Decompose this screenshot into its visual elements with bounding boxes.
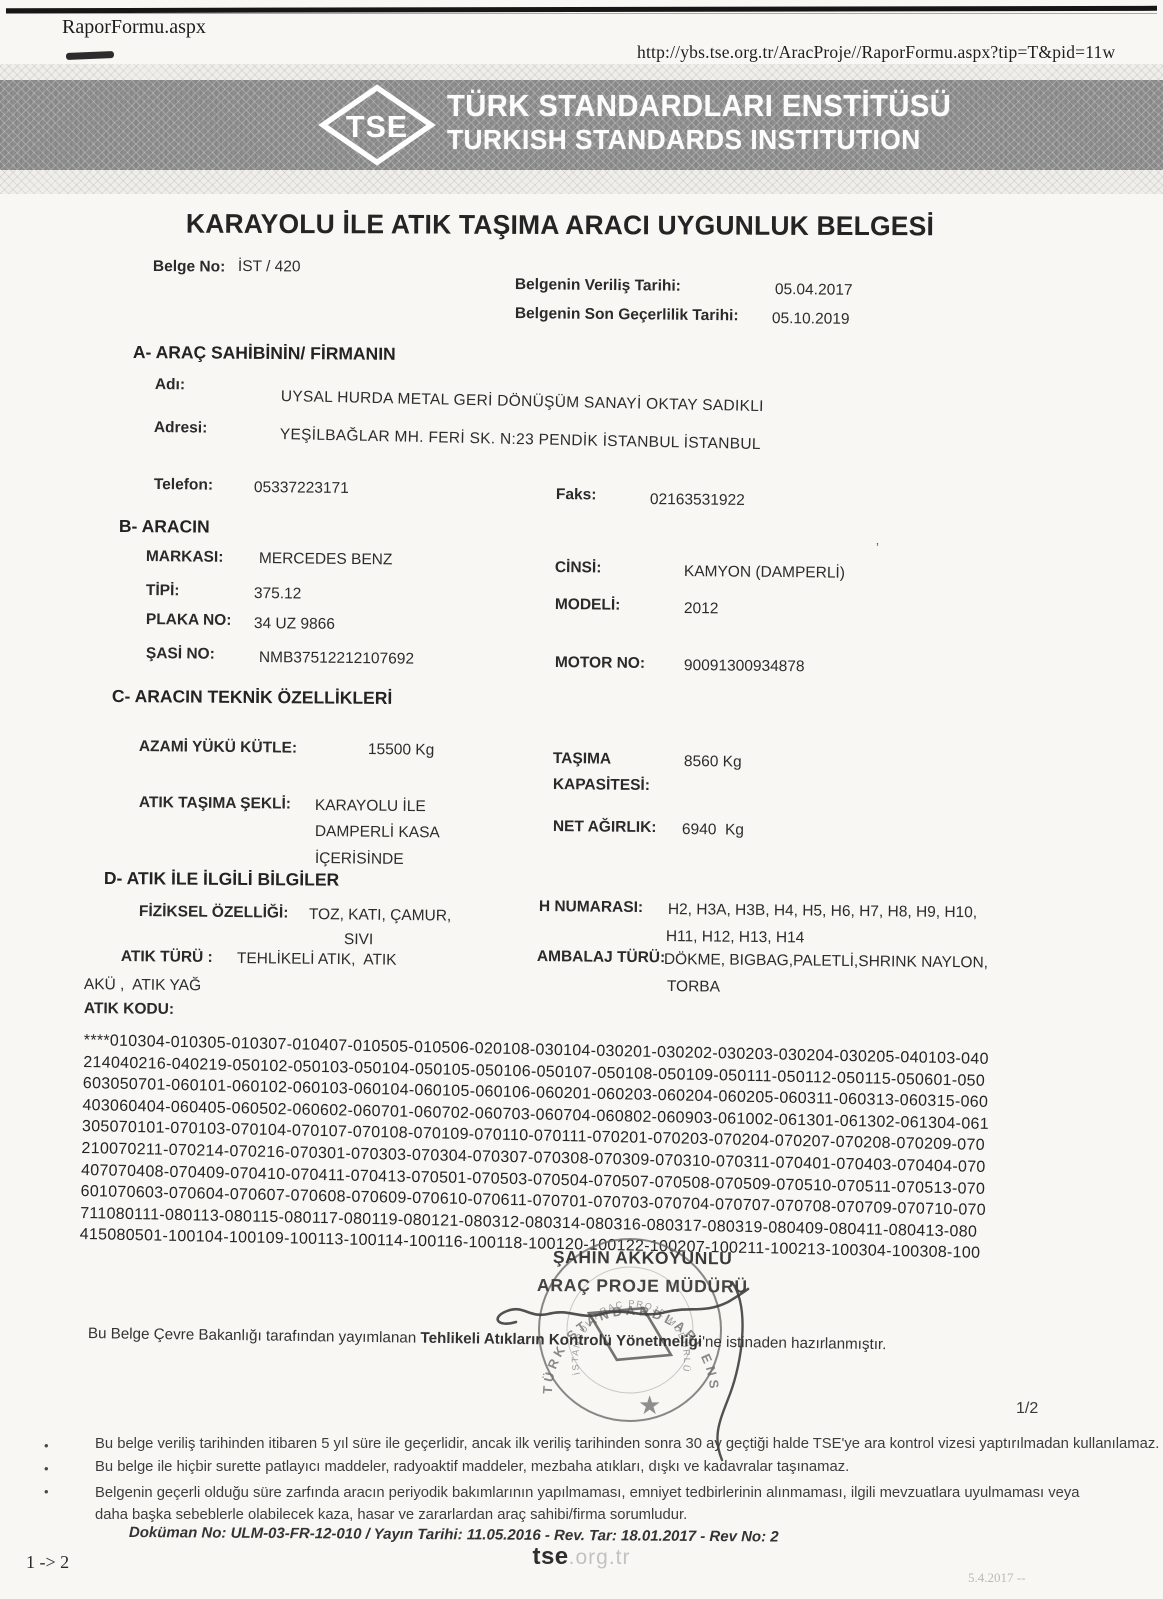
expiry-date-value: 05.10.2019 [772,310,850,329]
belge-no-value: İST / 420 [238,258,301,276]
plate-no-label: PLAKA NO: [146,611,232,630]
scan-noise-mark: ’ [876,540,879,555]
package-type-line2: TORBA [667,978,720,997]
bullet-marker: • [44,1438,49,1453]
fax-value: 02163531922 [650,491,745,510]
bullet-marker: • [44,1461,49,1476]
engine-no-label: MOTOR NO: [555,654,645,673]
type-kind-label: CİNSİ: [555,559,602,577]
signatory-name: ŞAHİN AKKOYUNLU [553,1247,733,1269]
chassis-no-label: ŞASİ NO: [146,645,215,664]
max-load-label: AZAMİ YÜKÜ KÜTLE: [139,738,297,758]
physical-property-label: FİZİKSEL ÖZELLİĞİ: [139,903,289,923]
physical-property-line1: TOZ, KATI, ÇAMUR, [309,906,452,925]
waste-type-line1: TEHLİKELİ ATIK, ATIK [237,950,397,970]
page-indicator: 1/2 [1016,1400,1038,1418]
net-weight-label: NET AĞIRLIK: [553,818,657,837]
net-weight-value: 6940 Kg [682,821,744,840]
brand-value: MERCEDES BENZ [259,550,393,569]
footnote-2: Bu belge ile hiçbir surette patlayıcı ma… [95,1459,1115,1475]
print-header-page-name: RaporFormu.aspx [62,16,206,39]
legal-basis-prefix: Bu Belge Çevre Bakanlığı tarafından yayı… [88,1325,421,1347]
waste-type-line2: AKÜ , ATIK YAĞ [84,976,201,995]
signature-tail-stroke [717,1282,742,1460]
legal-basis-regulation: Tehlikeli Atıkların Kontrolü Yönetmeliği [420,1330,702,1351]
tse-web-brand-bold: tse [532,1543,568,1570]
h-number-label: H NUMARASI: [539,898,643,917]
scanned-certificate-page: RaporFormu.aspx http://ybs.tse.org.tr/Ar… [0,0,1163,1599]
waste-code-label: ATIK KODU: [84,1000,174,1019]
physical-property-line2: SIVI [344,931,373,949]
footnote-3: Belgenin geçerli olduğu süre zarfında ar… [95,1482,1080,1526]
tse-web-brand-light: .org.tr [569,1546,631,1569]
type-kind-value: KAMYON (DAMPERLİ) [684,563,845,583]
phone-label: Telefon: [154,476,213,495]
capacity-label-line1: TAŞIMA [553,750,611,769]
transport-method-line1: KARAYOLU İLE [315,797,426,816]
stamp-star-icon: ★ [638,1391,661,1421]
expiry-date-label: Belgenin Son Geçerlilik Tarihi: [515,305,739,325]
chassis-no-value: NMB37512212107692 [259,649,414,669]
capacity-label-line2: KAPASİTESİ: [553,776,650,795]
model-year-label: MODELİ: [555,596,621,615]
print-header-url: http://ybs.tse.org.tr/AracProje//RaporFo… [637,42,1115,63]
footnote-1: Bu belge veriliş tarihinden itibaren 5 y… [95,1436,1115,1452]
h-number-line1: H2, H3A, H3B, H4, H5, H6, H7, H8, H9, H1… [668,901,977,922]
banner-title-en: TURKISH STANDARDS INSTITUTION [447,124,921,156]
package-type-label: AMBALAJ TÜRÜ: [537,948,665,967]
section-d-heading: D- ATIK İLE İLGİLİ BİLGİLER [104,868,339,891]
belge-no-label: Belge No: [153,258,225,277]
model-type-value: 375.12 [254,585,302,603]
waste-type-label: ATIK TÜRÜ : [121,948,213,967]
package-type-line1: DÖKME, BIGBAG,PALETLİ,SHRINK NAYLON, [664,951,988,972]
legal-basis-suffix: 'ne istinaden hazırlanmıştır. [702,1334,887,1354]
model-type-label: TİPİ: [146,582,180,600]
brand-label: MARKASI: [146,548,224,567]
owner-name-value: UYSAL HURDA METAL GERİ DÖNÜŞÜM SANAYİ OK… [281,388,764,416]
scan-dash-mark [66,51,114,60]
engine-no-value: 90091300934878 [684,657,805,676]
section-a-heading: A- ARAÇ SAHİBİNİN/ FİRMANIN [133,342,396,365]
document-title: KARAYOLU İLE ATIK TAŞIMA ARACI UYGUNLUK … [168,209,952,243]
plate-no-value: 34 UZ 9866 [254,615,335,634]
transport-method-line3: İÇERİSİNDE [315,850,404,869]
owner-name-label: Adı: [155,376,185,394]
section-c-heading: C- ARACIN TEKNİK ÖZELLİKLERİ [112,686,392,709]
h-number-line2: H11, H12, H13, H14 [666,928,805,947]
tse-logo: TSE [318,82,436,168]
tse-logo-letters: TSE [346,110,408,144]
model-year-value: 2012 [684,600,719,618]
tse-web-brand: tse.org.tr [0,1543,1163,1571]
bullet-marker: • [44,1484,49,1499]
section-b-heading: B- ARACIN [119,516,210,538]
scan-edge-line-2 [6,13,1157,14]
transport-method-line2: DAMPERLİ KASA [315,823,440,842]
phone-value: 05337223171 [254,479,349,498]
issue-date-value: 05.04.2017 [775,281,853,300]
issue-date-label: Belgenin Veriliş Tarihi: [515,276,681,296]
print-timestamp-partial: 5.4.2017 -- [968,1570,1025,1586]
address-label: Adresi: [154,419,208,438]
address-value: YEŞİLBAĞLAR MH. FERİ SK. N:23 PENDİK İST… [280,426,761,454]
capacity-value: 8560 Kg [684,753,742,772]
transport-method-label: ATIK TAŞIMA ŞEKLİ: [139,794,291,814]
signatory-title: ARAÇ PROJE MÜDÜRÜ [537,1275,748,1297]
max-load-value: 15500 Kg [368,741,435,760]
fax-label: Faks: [556,486,597,504]
banner-title-tr: TÜRK STANDARDLARI ENSTİTÜSÜ [447,88,951,124]
